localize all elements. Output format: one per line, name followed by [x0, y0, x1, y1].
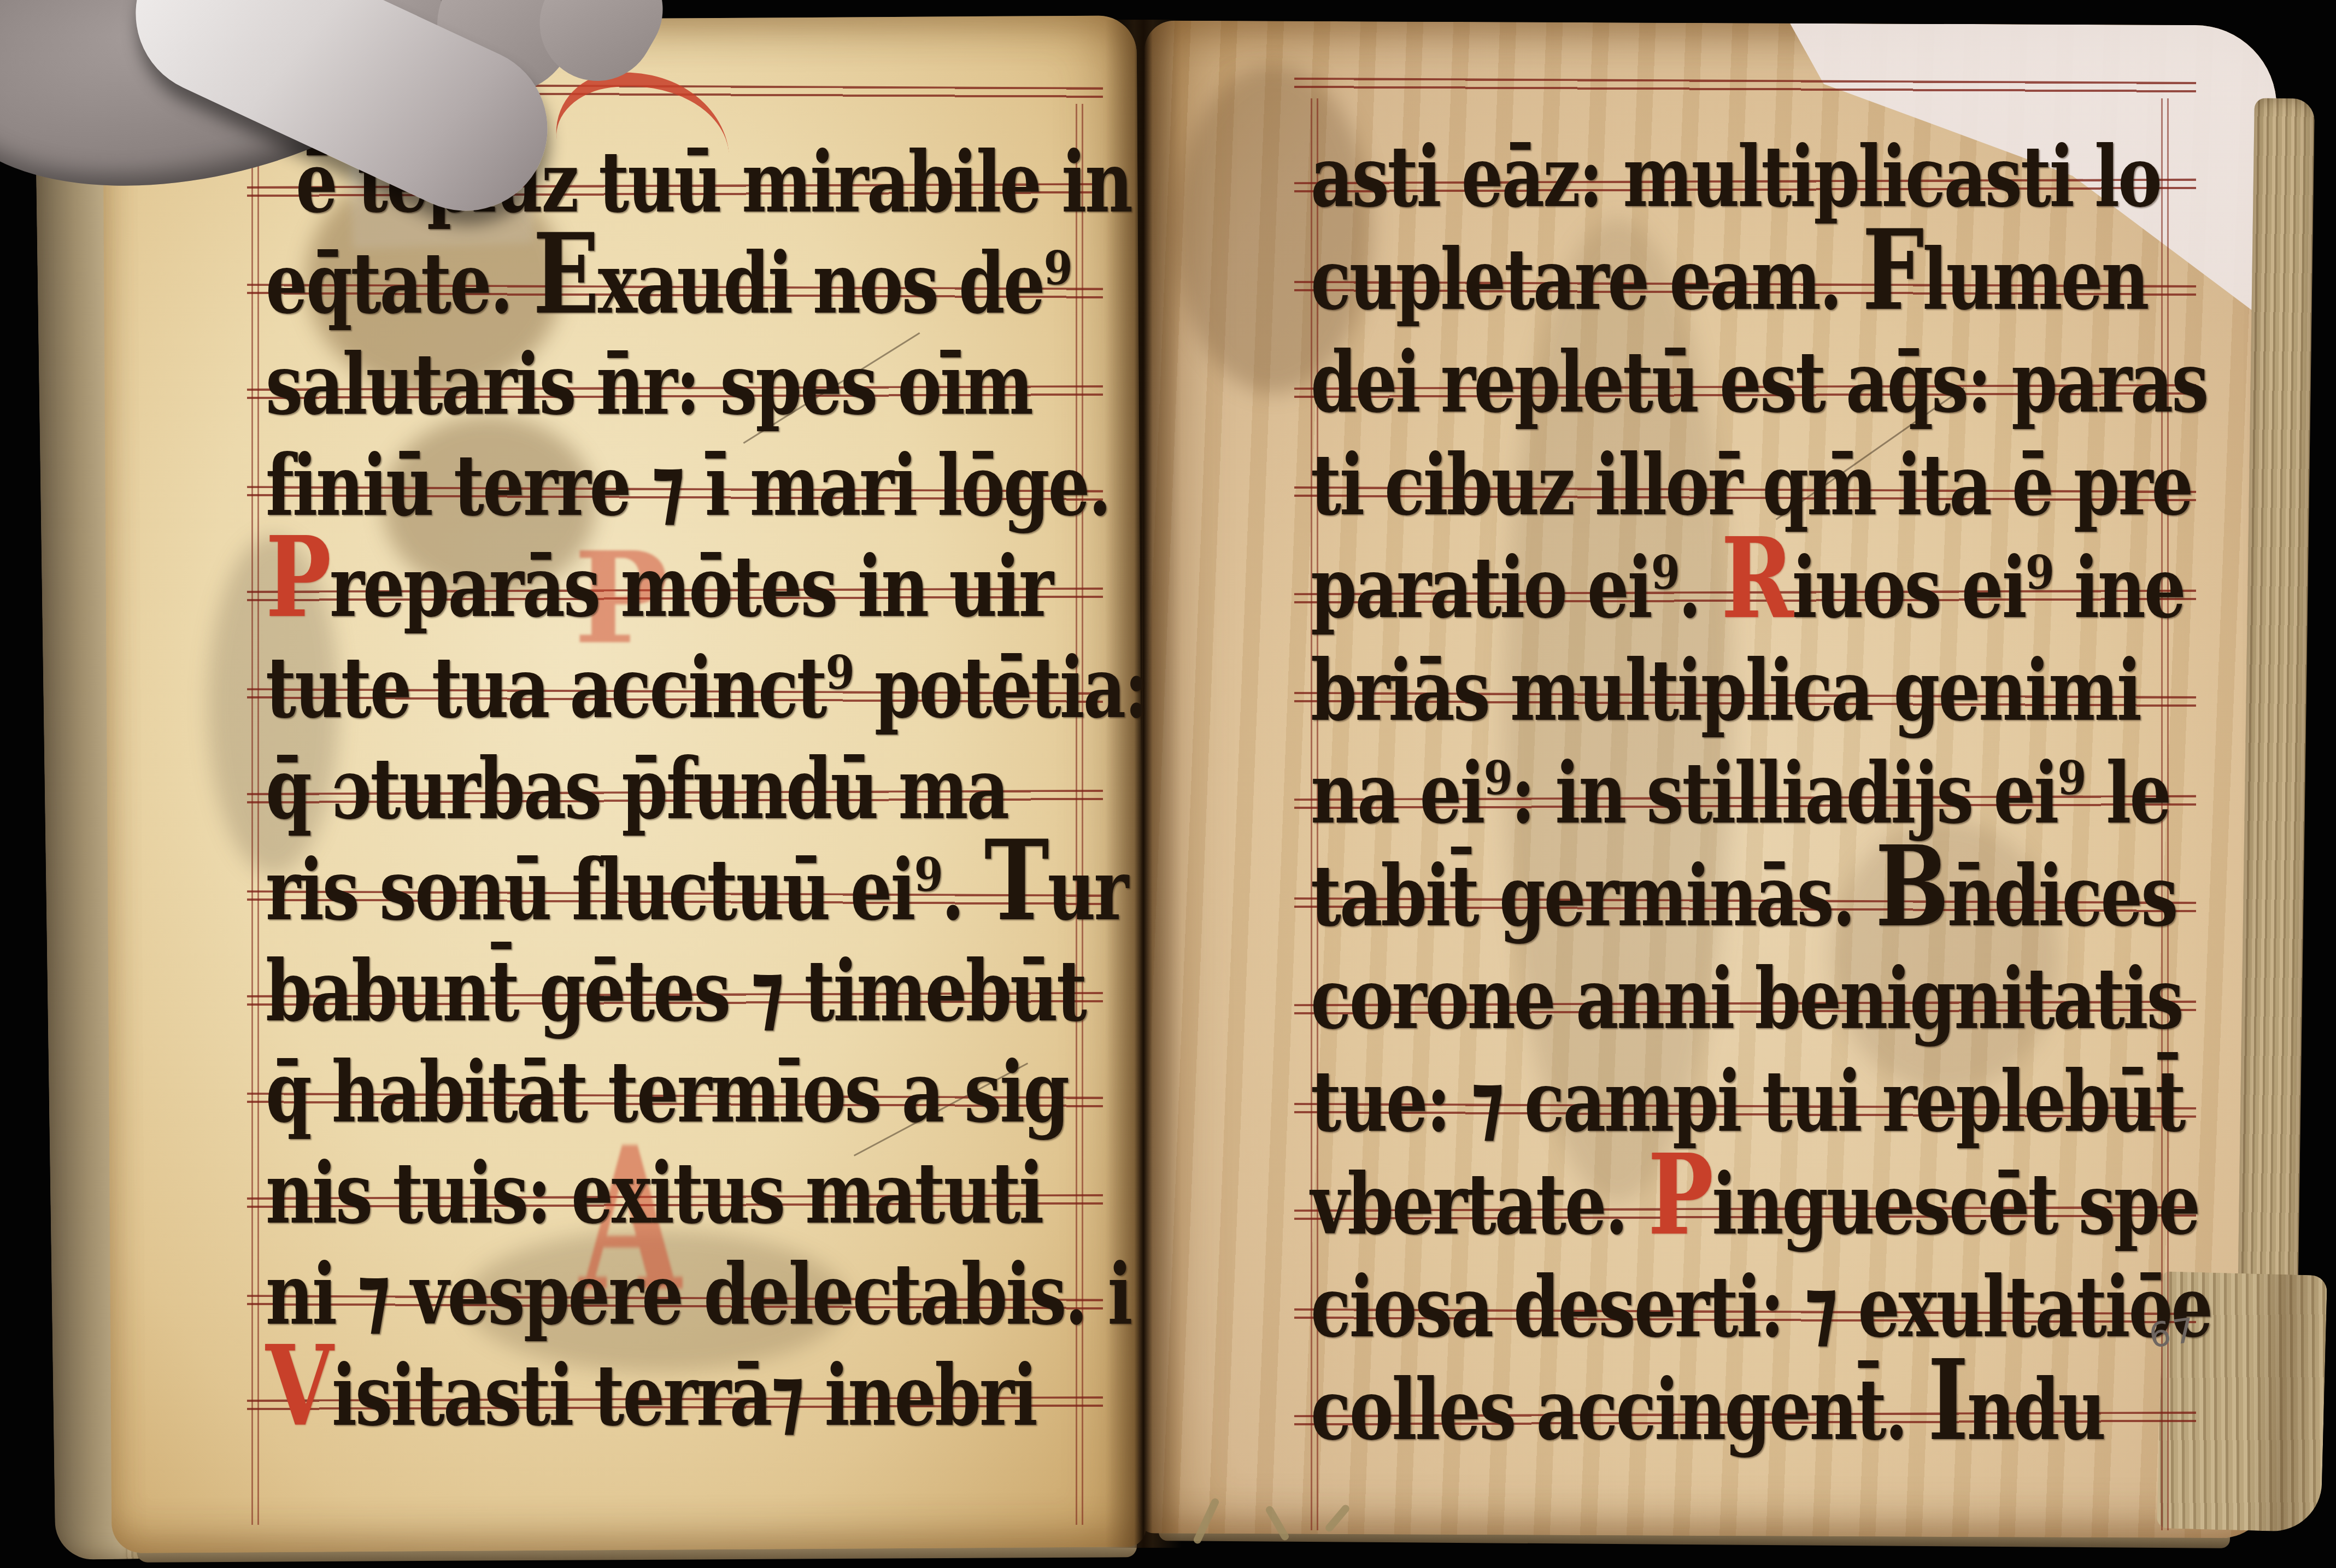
ink-initial: I	[1928, 1335, 1967, 1465]
folio-number: 67	[2146, 1309, 2199, 1355]
manuscript-line: colles accingent̄. Indu	[1311, 1335, 2104, 1465]
gloved-hand	[0, 0, 683, 235]
rubric-initial: V	[266, 1320, 332, 1451]
manuscript-photo: P A ē teplūz tuū mirabile in eq̄tate. Ex…	[0, 0, 2336, 1568]
manuscript-line: Visitasti terrā⁊ inebri	[266, 1320, 1036, 1451]
